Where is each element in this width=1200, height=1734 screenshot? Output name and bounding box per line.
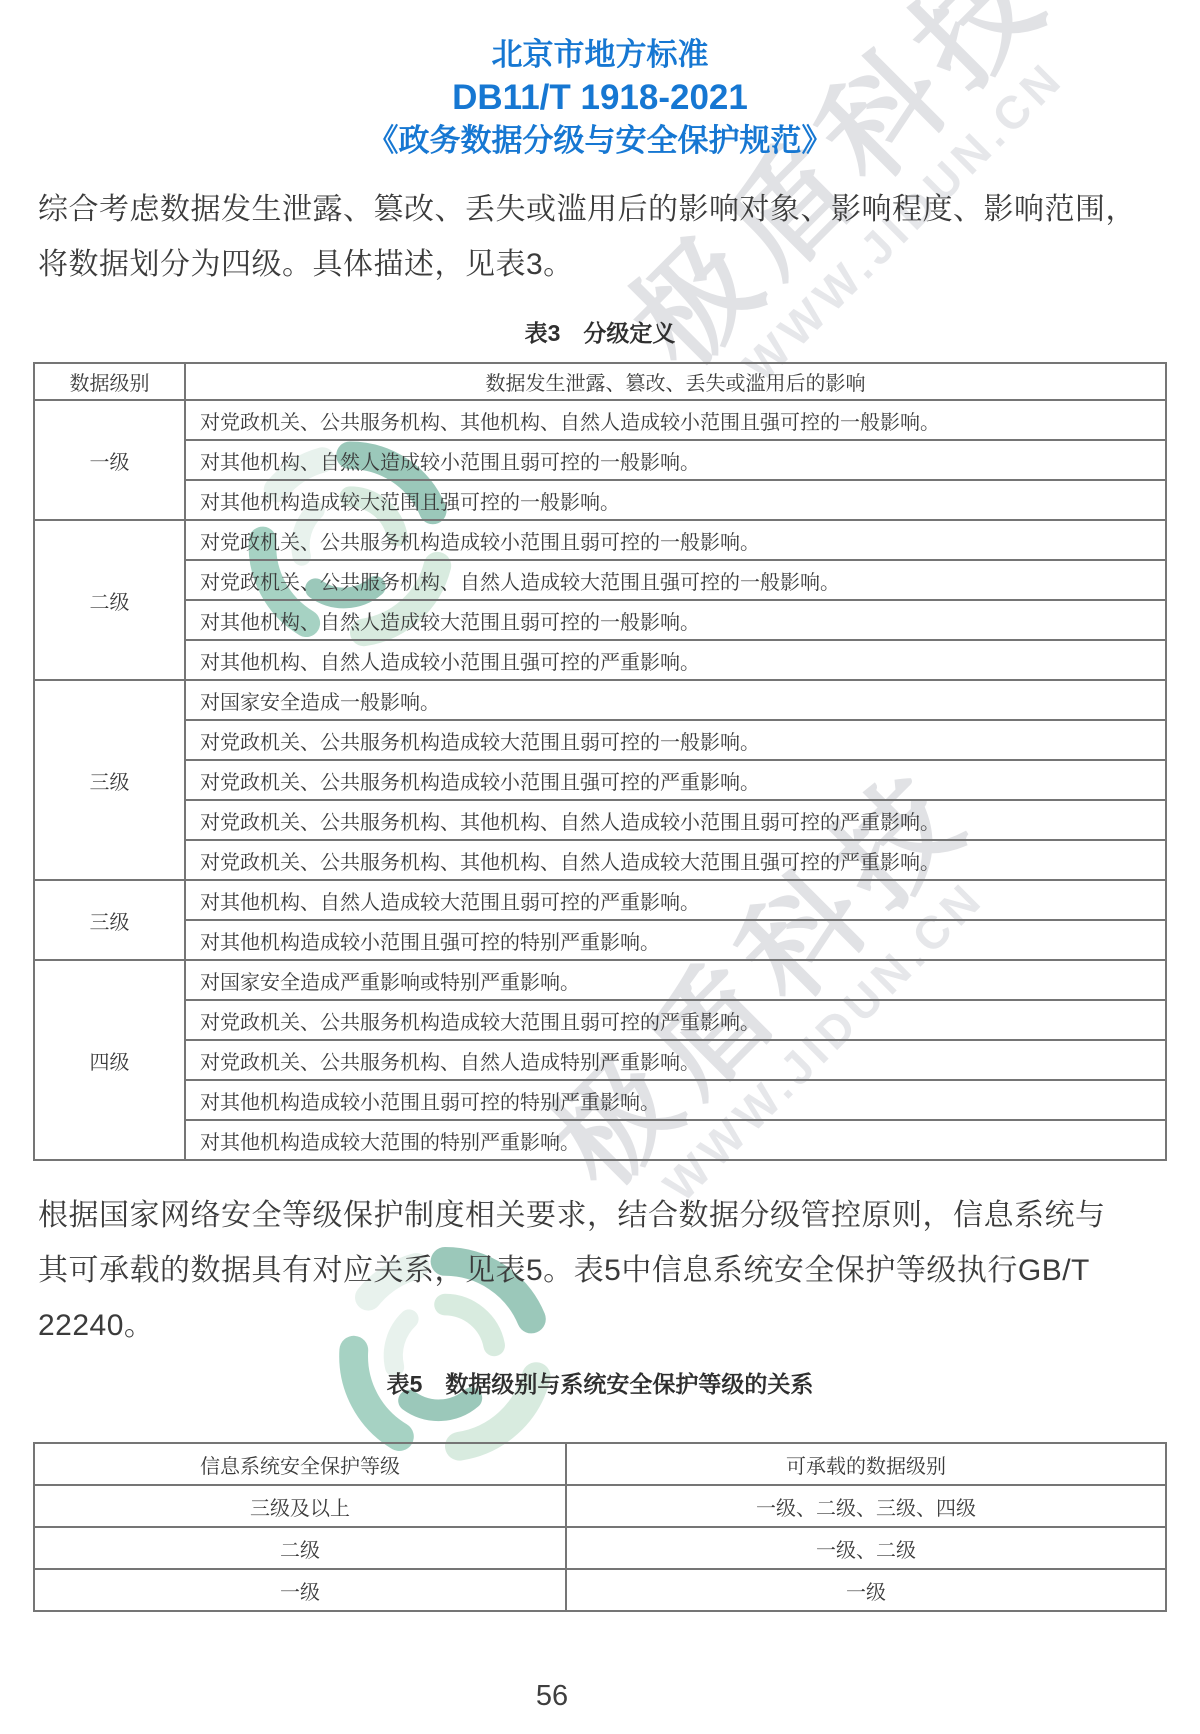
impact-description-cell: 对国家安全造成严重影响或特别严重影响。 bbox=[185, 960, 1166, 1000]
impact-description-cell: 对其他机构、自然人造成较小范围且弱可控的一般影响。 bbox=[185, 440, 1166, 480]
impact-description-cell: 对其他机构造成较大范围且强可控的一般影响。 bbox=[185, 480, 1166, 520]
table3-row: 四级对国家安全造成严重影响或特别严重影响。 bbox=[34, 960, 1166, 1000]
table3-row: 对党政机关、公共服务机构、自然人造成较大范围且强可控的一般影响。 bbox=[34, 560, 1166, 600]
data-level-cell: 三级 bbox=[34, 680, 185, 880]
impact-description-cell: 对党政机关、公共服务机构造成较大范围且弱可控的一般影响。 bbox=[185, 720, 1166, 760]
table3-row: 三级对国家安全造成一般影响。 bbox=[34, 680, 1166, 720]
impact-description-cell: 对国家安全造成一般影响。 bbox=[185, 680, 1166, 720]
data-level-cell: 四级 bbox=[34, 960, 185, 1160]
table3-row: 对其他机构、自然人造成较小范围且强可控的严重影响。 bbox=[34, 640, 1166, 680]
document-page: 极盾科技 WWW.JIDUN.CN 极盾科技 WWW.JIDUN.CN bbox=[0, 0, 1200, 1734]
impact-description-cell: 对党政机关、公共服务机构造成较小范围且强可控的严重影响。 bbox=[185, 760, 1166, 800]
paragraph-line: 其可承载的数据具有对应关系，见表5。表5中信息系统安全保护等级执行GB/T bbox=[38, 1243, 1165, 1298]
paragraph-line: 综合考虑数据发生泄露、篡改、丢失或滥用后的影响对象、影响程度、影响范围， bbox=[38, 182, 1165, 237]
table3-row: 三级对其他机构、自然人造成较大范围且弱可控的严重影响。 bbox=[34, 880, 1166, 920]
table3-row: 一级对党政机关、公共服务机构、其他机构、自然人造成较小范围且强可控的一般影响。 bbox=[34, 400, 1166, 440]
impact-description-cell: 对其他机构造成较小范围且强可控的特别严重影响。 bbox=[185, 920, 1166, 960]
impact-description-cell: 对党政机关、公共服务机构、自然人造成特别严重影响。 bbox=[185, 1040, 1166, 1080]
impact-description-cell: 对其他机构造成较大范围的特别严重影响。 bbox=[185, 1120, 1166, 1160]
paragraph-line: 将数据划分为四级。具体描述，见表3。 bbox=[38, 237, 1165, 292]
carried-data-level-cell: 一级、二级 bbox=[566, 1527, 1166, 1569]
paragraph-line: 22240。 bbox=[38, 1298, 1165, 1353]
document-title: 北京市地方标准 DB11/T 1918-2021 《政务数据分级与安全保护规范》 bbox=[0, 34, 1200, 162]
table5-level-relation: 信息系统安全保护等级 可承载的数据级别 三级及以上一级、二级、三级、四级二级一级… bbox=[33, 1442, 1167, 1612]
impact-description-cell: 对党政机关、公共服务机构造成较大范围且弱可控的严重影响。 bbox=[185, 1000, 1166, 1040]
table3-header-level: 数据级别 bbox=[34, 363, 185, 400]
table5-header-data-level: 可承载的数据级别 bbox=[566, 1443, 1166, 1485]
impact-description-cell: 对党政机关、公共服务机构、其他机构、自然人造成较大范围且强可控的严重影响。 bbox=[185, 840, 1166, 880]
table5-header-row: 信息系统安全保护等级 可承载的数据级别 bbox=[34, 1443, 1166, 1485]
data-level-cell: 二级 bbox=[34, 520, 185, 680]
impact-description-cell: 对其他机构、自然人造成较大范围且弱可控的一般影响。 bbox=[185, 600, 1166, 640]
paragraph-2: 根据国家网络安全等级保护制度相关要求，结合数据分级管控原则，信息系统与 其可承载… bbox=[38, 1188, 1165, 1353]
table3-row: 对其他机构造成较大范围且强可控的一般影响。 bbox=[34, 480, 1166, 520]
table3-header-row: 数据级别 数据发生泄露、篡改、丢失或滥用后的影响 bbox=[34, 363, 1166, 400]
system-protection-level-cell: 三级及以上 bbox=[34, 1485, 566, 1527]
paragraph-line: 根据国家网络安全等级保护制度相关要求，结合数据分级管控原则，信息系统与 bbox=[38, 1188, 1165, 1243]
system-protection-level-cell: 一级 bbox=[34, 1569, 566, 1611]
paragraph-1: 综合考虑数据发生泄露、篡改、丢失或滥用后的影响对象、影响程度、影响范围， 将数据… bbox=[38, 182, 1165, 292]
table3-row: 对其他机构造成较小范围且强可控的特别严重影响。 bbox=[34, 920, 1166, 960]
table3-row: 对其他机构造成较小范围且弱可控的特别严重影响。 bbox=[34, 1080, 1166, 1120]
impact-description-cell: 对其他机构、自然人造成较大范围且弱可控的严重影响。 bbox=[185, 880, 1166, 920]
table3-grading-definitions: 数据级别 数据发生泄露、篡改、丢失或滥用后的影响 一级对党政机关、公共服务机构、… bbox=[33, 362, 1167, 1161]
table5-header-system-level: 信息系统安全保护等级 bbox=[34, 1443, 566, 1485]
table3-row: 对党政机关、公共服务机构、其他机构、自然人造成较小范围且弱可控的严重影响。 bbox=[34, 800, 1166, 840]
page-number: 56 bbox=[492, 1680, 612, 1713]
table3-row: 二级对党政机关、公共服务机构造成较小范围且弱可控的一般影响。 bbox=[34, 520, 1166, 560]
carried-data-level-cell: 一级 bbox=[566, 1569, 1166, 1611]
table5-row: 三级及以上一级、二级、三级、四级 bbox=[34, 1485, 1166, 1527]
impact-description-cell: 对其他机构造成较小范围且弱可控的特别严重影响。 bbox=[185, 1080, 1166, 1120]
data-level-cell: 三级 bbox=[34, 880, 185, 960]
table3-row: 对党政机关、公共服务机构造成较大范围且弱可控的一般影响。 bbox=[34, 720, 1166, 760]
data-level-cell: 一级 bbox=[34, 400, 185, 520]
table5-body: 三级及以上一级、二级、三级、四级二级一级、二级一级一级 bbox=[34, 1485, 1166, 1611]
table5-row: 二级一级、二级 bbox=[34, 1527, 1166, 1569]
table3-row: 对其他机构、自然人造成较小范围且弱可控的一般影响。 bbox=[34, 440, 1166, 480]
table3-caption: 表3 分级定义 bbox=[0, 315, 1200, 348]
system-protection-level-cell: 二级 bbox=[34, 1527, 566, 1569]
table3-body: 一级对党政机关、公共服务机构、其他机构、自然人造成较小范围且强可控的一般影响。对… bbox=[34, 400, 1166, 1160]
title-line-1: 北京市地方标准 bbox=[0, 34, 1200, 76]
table3-row: 对其他机构、自然人造成较大范围且弱可控的一般影响。 bbox=[34, 600, 1166, 640]
impact-description-cell: 对党政机关、公共服务机构、其他机构、自然人造成较小范围且弱可控的严重影响。 bbox=[185, 800, 1166, 840]
title-line-2: DB11/T 1918-2021 bbox=[0, 76, 1200, 120]
table5-caption: 表5 数据级别与系统安全保护等级的关系 bbox=[0, 1366, 1200, 1399]
table3-header-impact: 数据发生泄露、篡改、丢失或滥用后的影响 bbox=[185, 363, 1166, 400]
impact-description-cell: 对党政机关、公共服务机构造成较小范围且弱可控的一般影响。 bbox=[185, 520, 1166, 560]
impact-description-cell: 对党政机关、公共服务机构、其他机构、自然人造成较小范围且强可控的一般影响。 bbox=[185, 400, 1166, 440]
table3-row: 对其他机构造成较大范围的特别严重影响。 bbox=[34, 1120, 1166, 1160]
table3-row: 对党政机关、公共服务机构、自然人造成特别严重影响。 bbox=[34, 1040, 1166, 1080]
table3-row: 对党政机关、公共服务机构造成较大范围且弱可控的严重影响。 bbox=[34, 1000, 1166, 1040]
impact-description-cell: 对其他机构、自然人造成较小范围且强可控的严重影响。 bbox=[185, 640, 1166, 680]
table3-row: 对党政机关、公共服务机构、其他机构、自然人造成较大范围且强可控的严重影响。 bbox=[34, 840, 1166, 880]
table5-row: 一级一级 bbox=[34, 1569, 1166, 1611]
title-line-3: 《政务数据分级与安全保护规范》 bbox=[0, 120, 1200, 162]
carried-data-level-cell: 一级、二级、三级、四级 bbox=[566, 1485, 1166, 1527]
table3-row: 对党政机关、公共服务机构造成较小范围且强可控的严重影响。 bbox=[34, 760, 1166, 800]
impact-description-cell: 对党政机关、公共服务机构、自然人造成较大范围且强可控的一般影响。 bbox=[185, 560, 1166, 600]
